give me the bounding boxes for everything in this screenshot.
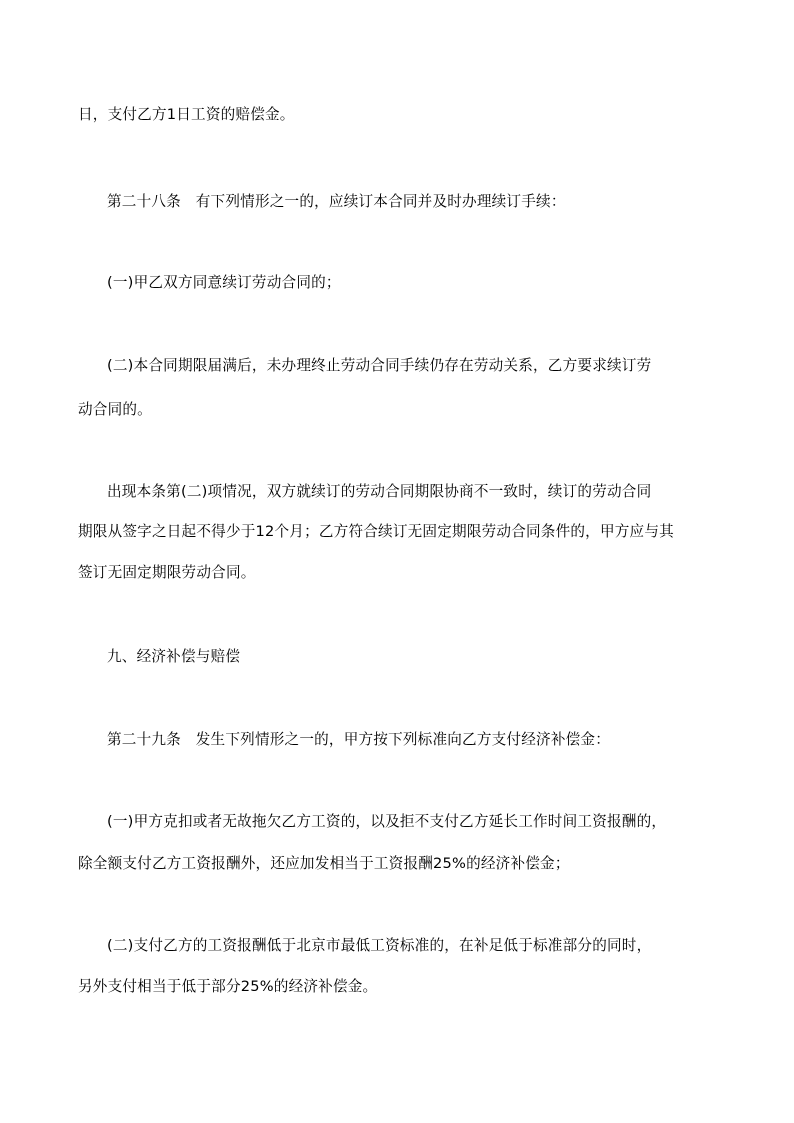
article-28-item-2-cont: 动合同的。 (78, 402, 152, 418)
article-28-note-cont-2: 签订无固定期限劳动合同。 (78, 565, 256, 581)
article-29-item-1: (一)甲方克扣或者无故拖欠乙方工资的，以及拒不支付乙方延长工作时间工资报酬的， (107, 814, 666, 830)
article-29-item-2-cont: 另外支付相当于低于部分25%的经济补偿金。 (78, 979, 377, 995)
article-28-heading: 第二十八条 有下列情形之一的，应续订本合同并及时办理续订手续： (107, 194, 566, 210)
text-line-continuation: 日，支付乙方1日工资的赔偿金。 (78, 107, 295, 123)
article-28-note: 出现本条第(二)项情况，双方就续订的劳动合同期限协商不一致时，续订的劳动合同 (107, 484, 651, 500)
article-28-item-1: (一)甲乙双方同意续订劳动合同的； (107, 275, 341, 291)
article-29-item-1-cont: 除全额支付乙方工资报酬外，还应加发相当于工资报酬25%的经济补偿金； (78, 856, 570, 872)
article-28-note-cont-1: 期限从签字之日起不得少于12个月；乙方符合续订无固定期限劳动合同条件的，甲方应与… (78, 524, 674, 540)
article-29-heading: 第二十九条 发生下列情形之一的，甲方按下列标准向乙方支付经济补偿金： (107, 732, 610, 748)
article-28-item-2: (二)本合同期限届满后，未办理终止劳动合同手续仍存在劳动关系，乙方要求续订劳 (107, 358, 651, 374)
article-29-item-2: (二)支付乙方的工资报酬低于北京市最低工资标准的，在补足低于标准部分的同时， (107, 938, 651, 954)
section-9-heading: 九、经济补偿与赔偿 (107, 649, 240, 665)
